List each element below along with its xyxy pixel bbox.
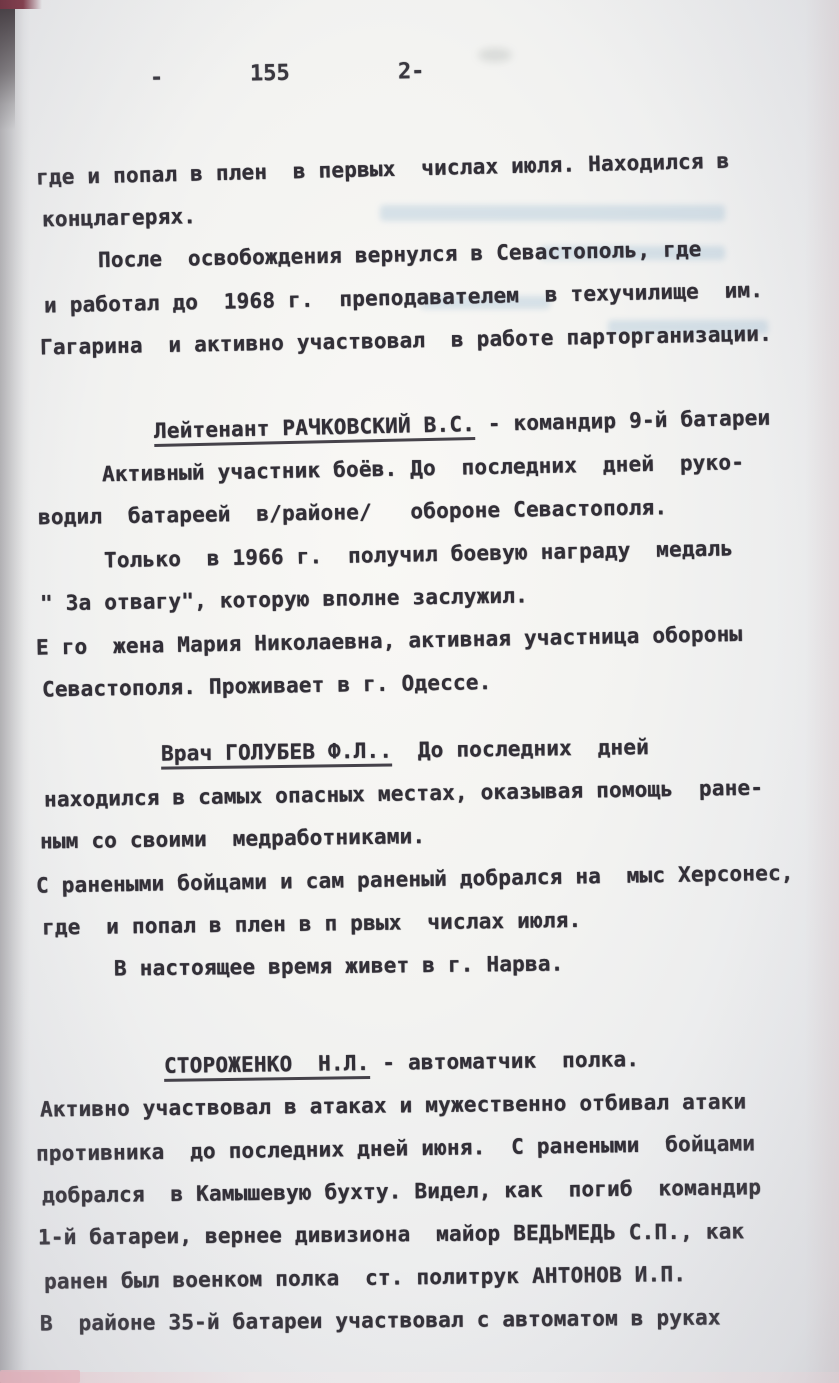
book-gutter-shadow: [0, 0, 30, 1383]
typed-text: где и попал в плен в первых числах июля.…: [36, 149, 730, 190]
person-name-underlined: СТОРОЖЕНКО Н.Л.: [164, 1051, 370, 1082]
person-name-underlined: Лейтенант РАЧКОВСКИЙ В.С.: [154, 412, 476, 447]
typed-text: добрался в Камышевую бухту. Видел, как п…: [42, 1175, 761, 1207]
typed-text: ранен был военком полка ст. политрук АНТ…: [44, 1262, 686, 1294]
typed-line: В настоящее время живет в г. Нарва.: [38, 943, 823, 995]
document-section: После освобождения вернулся в Севастопол…: [40, 236, 825, 365]
page-header: - 155 2-: [0, 49, 839, 101]
binding-corner-strip: [0, 0, 42, 9]
typed-text: где и попал в плен в п рвых числах июля.: [42, 908, 582, 940]
typed-text: Севастополя. Проживает в г. Одессе.: [42, 670, 492, 701]
typed-text: противника до последних дней июня. С ран…: [36, 1131, 755, 1165]
document-section: Лейтенант РАЧКОВСКИЙ В.С. - командир 9-й…: [40, 407, 825, 708]
scan-edge-bottom: [0, 1372, 839, 1383]
typed-text: В районе 35-й батареи участвовал с автом…: [40, 1305, 721, 1335]
typed-text: находился в самых опасных местах, оказыв…: [44, 776, 764, 812]
typed-text: С ранеными бойцами и сам раненый добралс…: [36, 861, 794, 898]
scanned-document-page: - 155 2- где и попал в плен в первых чис…: [0, 0, 839, 1383]
document-body: где и попал в плен в первых числах июля.…: [40, 150, 825, 1345]
person-name-underlined: Врач ГОЛУБЕВ Ф.Л..: [161, 739, 393, 770]
typed-text: концлагерях.: [42, 204, 197, 231]
typed-text: водил батареей в/районе/ обороне Севасто…: [38, 495, 668, 529]
archival-page-number-stamp: 155: [250, 61, 290, 87]
typed-text: Е го жена Мария Николаевна, активная уча…: [36, 622, 743, 660]
document-section: где и попал в плен в первых числах июля.…: [40, 150, 825, 236]
typed-text: ным со своими медработниками.: [40, 824, 426, 853]
document-section: Врач ГОЛУБЕВ Ф.Л.. До последних днейнахо…: [40, 732, 825, 990]
binding-dark-edge: [0, 0, 15, 130]
typed-text: " За отвагу", которую вполне заслужил.: [40, 583, 528, 615]
scan-edge-bottom-left: [0, 1370, 80, 1383]
typed-text: - командир 9-й батареи: [475, 406, 771, 436]
typed-text: Гагарина и активно участвовал в работе п…: [40, 322, 772, 360]
typed-text: До последних дней: [392, 735, 649, 762]
document-section: СТОРОЖЕНКО Н.Л. - автоматчик полка.Актив…: [40, 1044, 825, 1345]
typed-text: После освобождения вернулся в Севастопол…: [98, 237, 702, 272]
typed-text: - автоматчик полка.: [369, 1047, 639, 1075]
typed-text: Активный участник боёв. До последних дне…: [102, 450, 744, 486]
typed-page-number: 2-: [398, 59, 425, 85]
typed-text: 1-й батареи, вернее дивизиона майор ВЕДЬ…: [38, 1219, 745, 1249]
header-dash: -: [150, 65, 164, 90]
typed-line: В районе 35-й батареи участвовал с автом…: [40, 1299, 825, 1349]
typed-text: Активно участвовал в атаках и мужественн…: [40, 1089, 747, 1121]
typed-text: Только в 1966 г. получил боевую награду …: [104, 536, 734, 572]
typed-text: В настоящее время живет в г. Нарва.: [114, 952, 564, 981]
